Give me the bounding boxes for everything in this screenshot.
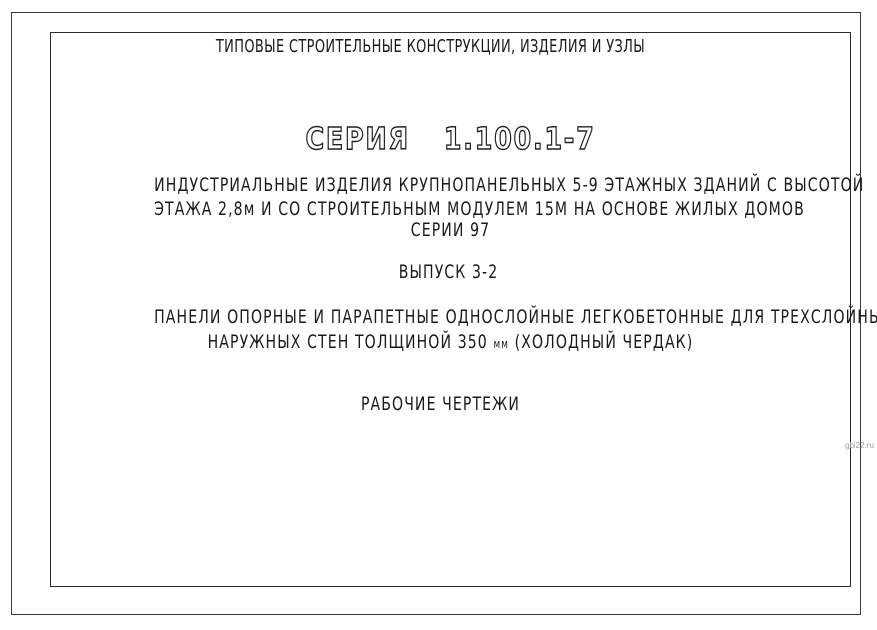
product-suffix: (ХОЛОДНЫЙ ЧЕРДАК) (515, 331, 694, 353)
document-header: ТИПОВЫЕ СТРОИТЕЛЬНЫЕ КОНСТРУКЦИИ, ИЗДЕЛИ… (142, 36, 719, 57)
watermark: gbi22.ru (845, 441, 874, 450)
product-line-text: НАРУЖНЫХ СТЕН ТОЛЩИНОЙ 350 (208, 331, 488, 353)
product-line: ПАНЕЛИ ОПОРНЫЕ И ПАРАПЕТНЫЕ ОДНОСЛОЙНЫЕ … (154, 306, 747, 328)
product-line: НАРУЖНЫХ СТЕН ТОЛЩИНОЙ 350 мм (ХОЛОДНЫЙ … (154, 331, 747, 353)
description-line: СЕРИИ 97 (154, 219, 747, 241)
series-title: СЕРИЯ1.100.1-7 (110, 122, 791, 157)
drawing-type: РАБОЧИЕ ЧЕРТЕЖИ (144, 393, 737, 415)
description-line: ЭТАЖА 2,8м И СО СТРОИТЕЛЬНЫМ МОДУЛЕМ 15М… (154, 198, 747, 220)
issue-number: ВЫПУСК 3-2 (152, 261, 745, 283)
series-number: 1.100.1-7 (444, 122, 596, 157)
description-line: ИНДУСТРИАЛЬНЫЕ ИЗДЕЛИЯ КРУПНОПАНЕЛЬНЫХ 5… (154, 174, 747, 196)
product-unit: мм (493, 337, 509, 351)
series-label: СЕРИЯ (305, 122, 409, 157)
